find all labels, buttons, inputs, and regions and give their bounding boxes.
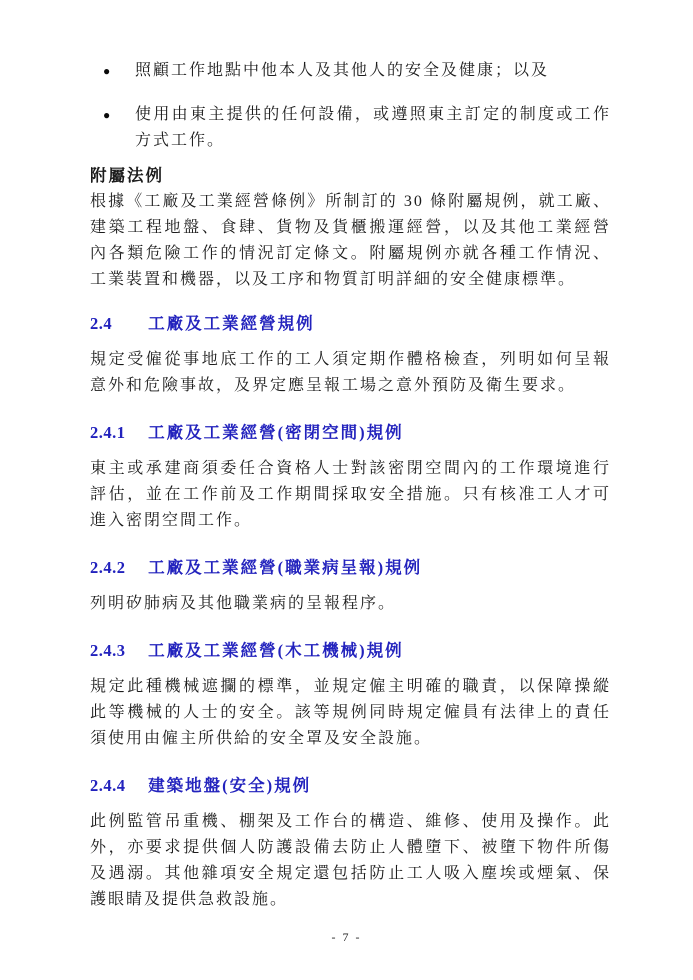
section-body: 列明矽肺病及其他職業病的呈報程序。 (90, 591, 611, 617)
section-heading: 2.4.2 工廠及工業經營(職業病呈報)規例 (90, 555, 611, 581)
section-body: 此例監管吊重機、棚架及工作台的構造、維修、使用及操作。此外，亦要求提供個人防護設… (90, 809, 611, 913)
section-number: 2.4.1 (90, 420, 142, 446)
section-title: 工廠及工業經營(密閉空間)規例 (148, 423, 404, 442)
section-body: 規定此種機械遮攔的標準，並規定僱主明確的職責，以保障操縱此等機械的人士的安全。該… (90, 674, 611, 752)
section-body: 規定受僱從事地底工作的工人須定期作體格檢查，列明如何呈報意外和危險事故，及界定應… (90, 347, 611, 399)
section-heading: 2.4.1 工廠及工業經營(密閉空間)規例 (90, 420, 611, 446)
section-title: 工廠及工業經營(木工機械)規例 (148, 641, 404, 660)
bullet-item-text: 照顧工作地點中他本人及其他人的安全及健康；以及 (135, 58, 611, 84)
section-number: 2.4.2 (90, 555, 142, 581)
section-2-4-1: 2.4.1 工廠及工業經營(密閉空間)規例 東主或承建商須委任合資格人士對該密閉… (90, 420, 611, 534)
bullet-icon: ● (90, 58, 135, 84)
section-2-4-3: 2.4.3 工廠及工業經營(木工機械)規例 規定此種機械遮攔的標準，並規定僱主明… (90, 638, 611, 752)
page-content: ● 照顧工作地點中他本人及其他人的安全及健康；以及 ● 使用由東主提供的任何設備… (90, 58, 611, 913)
bullet-icon: ● (90, 102, 135, 128)
list-item: ● 使用由東主提供的任何設備，或遵照東主訂定的制度或工作方式工作。 (90, 102, 611, 154)
section-2-4: 2.4 工廠及工業經營規例 規定受僱從事地底工作的工人須定期作體格檢查，列明如何… (90, 311, 611, 399)
subsidiary-legislation-heading: 附屬法例 (90, 163, 611, 189)
section-number: 2.4.3 (90, 638, 142, 664)
page-number: - 7 - (332, 930, 362, 944)
list-item: ● 照顧工作地點中他本人及其他人的安全及健康；以及 (90, 58, 611, 84)
section-heading: 2.4 工廠及工業經營規例 (90, 311, 611, 337)
subsidiary-legislation-body: 根據《工廠及工業經營條例》所制訂的 30 條附屬規例，就工廠、建築工程地盤、食肆… (90, 189, 611, 293)
section-title: 工廠及工業經營(職業病呈報)規例 (148, 558, 422, 577)
section-title: 建築地盤(安全)規例 (148, 776, 311, 795)
section-2-4-2: 2.4.2 工廠及工業經營(職業病呈報)規例 列明矽肺病及其他職業病的呈報程序。 (90, 555, 611, 617)
section-2-4-4: 2.4.4 建築地盤(安全)規例 此例監管吊重機、棚架及工作台的構造、維修、使用… (90, 773, 611, 913)
section-heading: 2.4.4 建築地盤(安全)規例 (90, 773, 611, 799)
bullet-item-text: 使用由東主提供的任何設備，或遵照東主訂定的制度或工作方式工作。 (135, 102, 611, 154)
section-body: 東主或承建商須委任合資格人士對該密閉空間內的工作環境進行評估，並在工作前及工作期… (90, 456, 611, 534)
section-number: 2.4 (90, 311, 142, 337)
section-heading: 2.4.3 工廠及工業經營(木工機械)規例 (90, 638, 611, 664)
section-number: 2.4.4 (90, 773, 142, 799)
page-footer: - 7 - (0, 930, 693, 945)
section-title: 工廠及工業經營規例 (148, 314, 315, 333)
